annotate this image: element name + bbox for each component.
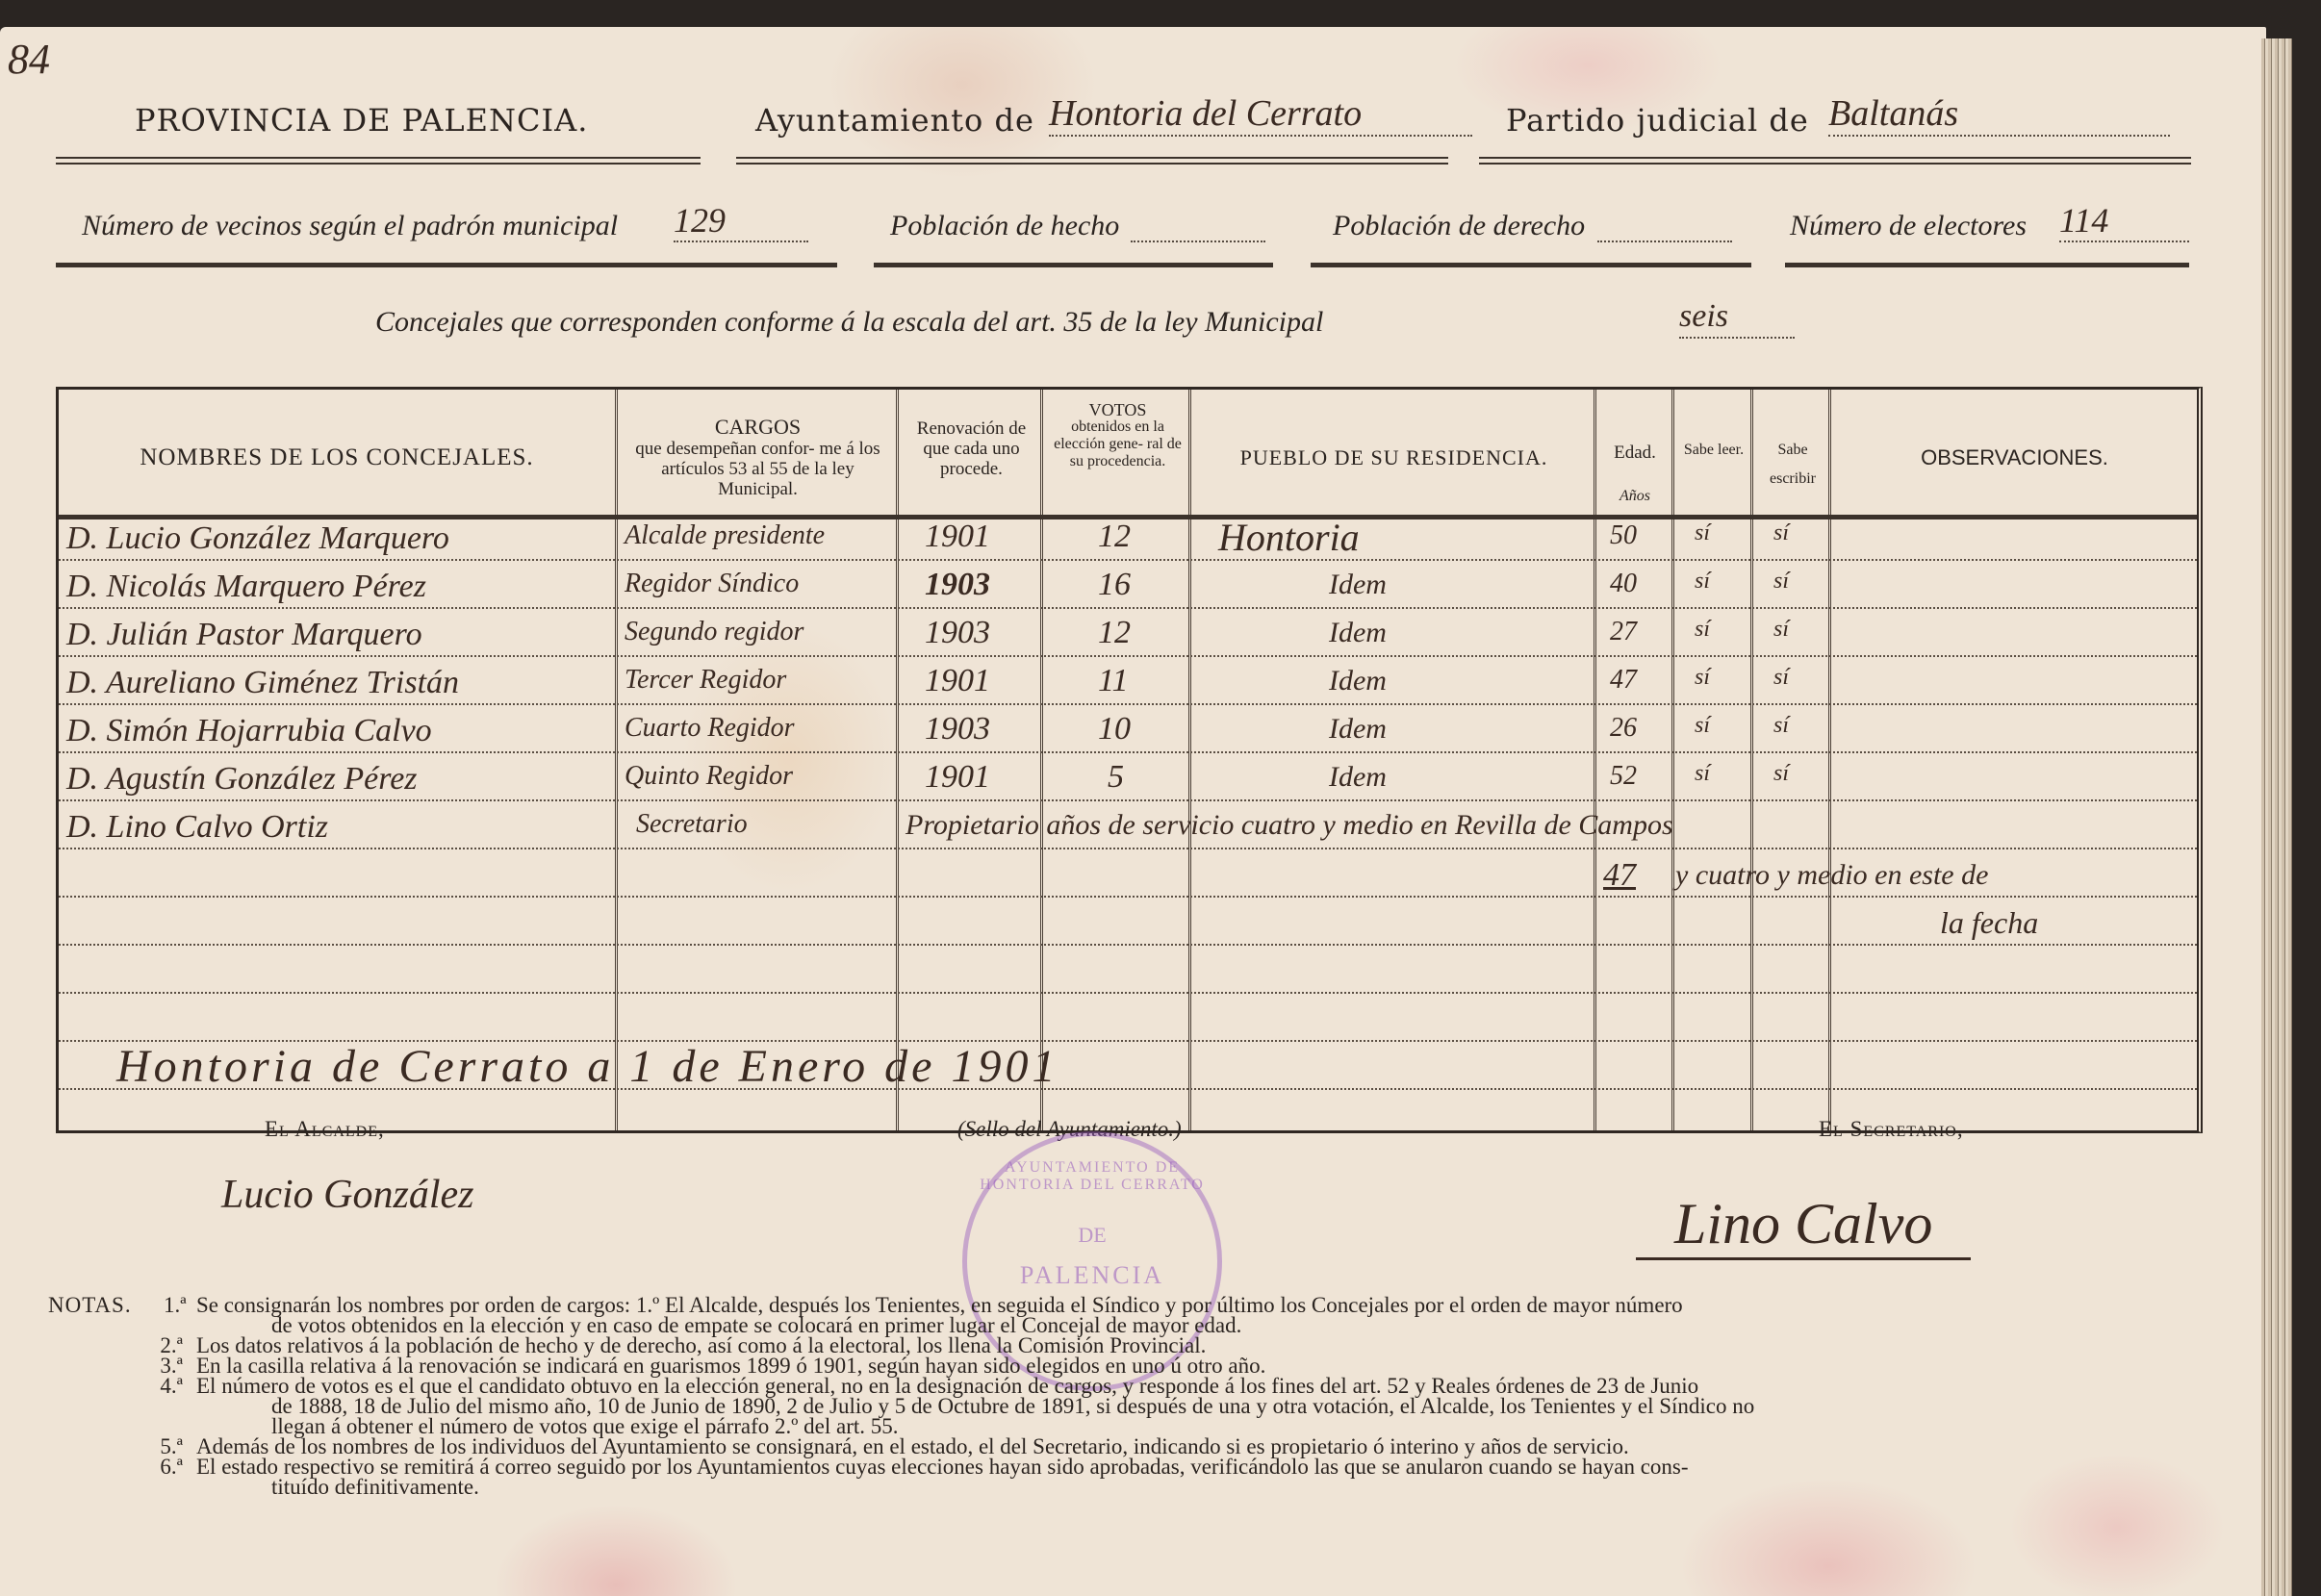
header-renovacion: Renovación de que cada uno procede. xyxy=(903,418,1040,479)
cell-escribir: sí xyxy=(1773,617,1789,643)
header-votos-title: VOTOS xyxy=(1047,401,1188,418)
secretario-signature: Lino Calvo xyxy=(1636,1191,1971,1260)
cell-votos: 16 xyxy=(1098,567,1131,603)
cell-cargo: Segundo regidor xyxy=(625,617,803,647)
rule xyxy=(1785,263,2189,267)
cell-votos: 10 xyxy=(1098,711,1131,747)
row-rule xyxy=(59,799,2197,801)
column-divider xyxy=(1671,390,1674,1130)
cell-cargo: Cuarto Regidor xyxy=(625,713,795,744)
note-item: 2.ª Los datos relativos á la población d… xyxy=(48,1335,2242,1355)
cell-renovacion: 1901 xyxy=(925,663,990,699)
rule xyxy=(736,157,1448,165)
cell-escribir: sí xyxy=(1773,761,1789,787)
alcalde-label: El Alcalde, xyxy=(265,1117,385,1142)
cell-secretary-cargo: Secretario xyxy=(636,809,748,840)
document-page: 84 PROVINCIA DE PALENCIA. Ayuntamiento d… xyxy=(0,27,2266,1596)
cell-pueblo: Idem xyxy=(1329,713,1387,746)
header-cargos-title: CARGOS xyxy=(620,417,896,437)
cell-leer: sí xyxy=(1695,617,1710,643)
row-rule xyxy=(59,751,2197,753)
cell-pueblo: Idem xyxy=(1329,761,1387,794)
ayuntamiento-label: Ayuntamiento de xyxy=(755,102,1034,139)
cell-edad: 47 xyxy=(1610,665,1637,696)
cell-nombre: D. Simón Hojarrubia Calvo xyxy=(66,713,432,749)
secretary-observation-line1: Propietario años de servicio cuatro y me… xyxy=(905,809,1673,842)
cell-edad: 50 xyxy=(1610,520,1637,551)
note-number: 5.ª xyxy=(48,1436,196,1457)
poblacion-derecho-label: Población de derecho xyxy=(1333,210,1585,242)
partido-value: Baltanás xyxy=(1828,92,2170,137)
header-pueblo: PUEBLO DE SU RESIDENCIA. xyxy=(1194,447,1594,468)
cell-cargo: Regidor Síndico xyxy=(625,569,799,599)
cell-secretary-edad: 47 xyxy=(1603,857,1636,894)
cell-escribir: sí xyxy=(1773,569,1789,595)
cell-votos: 11 xyxy=(1098,663,1128,699)
cell-renovacion: 1903 xyxy=(925,567,990,603)
secretary-observation-line3: la fecha xyxy=(1940,905,2038,941)
cell-nombre: D. Aureliano Giménez Tristán xyxy=(66,665,459,701)
stamp-text-mid: DE xyxy=(967,1223,1217,1248)
electores-label: Número de electores xyxy=(1790,210,2027,242)
rule xyxy=(1479,157,2191,165)
cell-cargo: Tercer Regidor xyxy=(625,665,786,696)
cell-nombre: D. Nicolás Marquero Pérez xyxy=(66,569,426,605)
cell-edad: 26 xyxy=(1610,713,1637,744)
concejales-value: seis xyxy=(1679,298,1795,339)
cell-renovacion: 1903 xyxy=(925,711,990,747)
note-number: 3.ª xyxy=(48,1355,196,1376)
cell-secretary-nombre: D. Lino Calvo Ortiz xyxy=(66,809,328,846)
note-text: Se consignarán los nombres por orden de … xyxy=(196,1295,1683,1315)
rule xyxy=(56,157,701,165)
rule xyxy=(874,263,1273,267)
row-rule xyxy=(59,944,2197,946)
cell-escribir: sí xyxy=(1773,713,1789,739)
electores-value: 114 xyxy=(2059,200,2189,242)
row-rule xyxy=(59,992,2197,994)
cell-nombre: D. Julián Pastor Marquero xyxy=(66,617,422,653)
vecinos-label: Número de vecinos según el padrón munici… xyxy=(82,210,618,242)
cell-escribir: sí xyxy=(1773,520,1789,546)
note-text-continued: de votos obtenidos en la elección y en c… xyxy=(48,1315,2242,1335)
header-observaciones: OBSERVACIONES. xyxy=(1834,447,2195,468)
cell-votos: 12 xyxy=(1098,615,1131,651)
cell-edad: 40 xyxy=(1610,569,1637,599)
row-rule xyxy=(59,848,2197,849)
rule xyxy=(1311,263,1751,267)
notes-section: NOTAS. 1.ª Se consignarán los nombres po… xyxy=(48,1295,2242,1497)
book-page-edges xyxy=(2261,38,2292,1596)
cell-nombre: D. Lucio González Marquero xyxy=(66,520,449,557)
cell-edad: 52 xyxy=(1610,761,1637,792)
secretary-observation-line2: y cuatro y medio en este de xyxy=(1675,859,1988,892)
cell-nombre: D. Agustín González Pérez xyxy=(66,761,418,798)
cell-edad: 27 xyxy=(1610,617,1637,647)
row-rule xyxy=(59,607,2197,609)
province-title: PROVINCIA DE PALENCIA. xyxy=(135,102,588,139)
poblacion-hecho-label: Población de hecho xyxy=(890,210,1119,242)
header-edad: Edad. xyxy=(1598,443,1671,463)
page-number: 84 xyxy=(8,35,50,84)
alcalde-signature: Lucio González xyxy=(221,1172,474,1218)
note-item: NOTAS. 1.ª Se consignarán los nombres po… xyxy=(48,1295,2242,1315)
note-text: Además de los nombres de los individuos … xyxy=(196,1436,1629,1457)
cell-renovacion: 1903 xyxy=(925,615,990,651)
note-number: 4.ª xyxy=(48,1376,196,1396)
note-text: El número de votos es el que el candidat… xyxy=(196,1376,1698,1396)
note-text-continued: tituído definitivamente. xyxy=(48,1477,2242,1497)
header-votos-sub: obtenidos en la elección gene- ral de su… xyxy=(1047,418,1188,470)
column-divider xyxy=(615,390,618,1130)
cell-renovacion: 1901 xyxy=(925,519,990,555)
note-number: 2.ª xyxy=(48,1335,196,1355)
column-divider xyxy=(1750,390,1753,1130)
note-text: El estado respectivo se remitirá á corre… xyxy=(196,1457,1689,1477)
row-rule xyxy=(59,896,2197,898)
row-rule xyxy=(59,559,2197,561)
cell-pueblo: Idem xyxy=(1329,569,1387,601)
header-sabe-escribir: Sabe escribir xyxy=(1756,436,1829,494)
cell-leer: sí xyxy=(1695,665,1710,691)
header-sabe-leer: Sabe leer. xyxy=(1677,436,1750,465)
note-text: Los datos relativos á la población de he… xyxy=(196,1335,1206,1355)
header-cargos-sub: que desempeñan confor- me á los artículo… xyxy=(620,439,896,499)
cell-renovacion: 1901 xyxy=(925,759,990,796)
notes-label: NOTAS. xyxy=(48,1295,164,1315)
column-divider xyxy=(1040,390,1043,1130)
cell-leer: sí xyxy=(1695,713,1710,739)
note-number: 6.ª xyxy=(48,1457,196,1477)
column-divider xyxy=(896,390,899,1130)
note-item: 4.ª El número de votos es el que el cand… xyxy=(48,1376,2242,1396)
cell-leer: sí xyxy=(1695,520,1710,546)
note-item: 3.ª En la casilla relativa á la renovaci… xyxy=(48,1355,2242,1376)
concejales-label: Concejales que corresponden conforme á l… xyxy=(375,306,1323,339)
note-text: En la casilla relativa á la renovación s… xyxy=(196,1355,1265,1376)
note-text-continued: de 1888, 18 de Julio del mismo año, 10 d… xyxy=(48,1396,2242,1416)
column-divider xyxy=(1828,390,1831,1130)
cell-cargo: Alcalde presidente xyxy=(625,520,825,551)
cell-pueblo: Idem xyxy=(1329,617,1387,649)
note-number: 1.ª xyxy=(164,1295,196,1315)
cell-votos: 12 xyxy=(1098,519,1131,555)
partido-label: Partido judicial de xyxy=(1506,102,1809,139)
rule xyxy=(56,263,837,267)
row-rule xyxy=(59,655,2197,657)
note-text-continued: llegan á obtener el número de votos que … xyxy=(48,1416,2242,1436)
poblacion-derecho-value xyxy=(1597,200,1732,242)
date-line: Hontoria de Cerrato a 1 de Enero de 1901 xyxy=(116,1040,1058,1093)
row-rule xyxy=(59,703,2197,705)
note-item: 6.ª El estado respectivo se remitirá á c… xyxy=(48,1457,2242,1477)
poblacion-hecho-value xyxy=(1131,200,1265,242)
cell-votos: 5 xyxy=(1108,759,1124,796)
cell-cargo: Quinto Regidor xyxy=(625,761,793,792)
concejales-table: NOMBRES DE LOS CONCEJALES. CARGOS que de… xyxy=(56,387,2203,1133)
column-divider xyxy=(1188,390,1191,1130)
cell-escribir: sí xyxy=(1773,665,1789,691)
cell-pueblo: Hontoria xyxy=(1218,515,1360,560)
header-nombres: NOMBRES DE LOS CONCEJALES. xyxy=(59,447,615,468)
ayuntamiento-value: Hontoria del Cerrato xyxy=(1049,92,1472,137)
cell-leer: sí xyxy=(1695,569,1710,595)
vecinos-value: 129 xyxy=(674,200,808,242)
stamp-text-bottom: PALENCIA xyxy=(967,1261,1217,1290)
cell-pueblo: Idem xyxy=(1329,665,1387,697)
column-divider xyxy=(1594,390,1596,1130)
cell-leer: sí xyxy=(1695,761,1710,787)
note-item: 5.ª Además de los nombres de los individ… xyxy=(48,1436,2242,1457)
header-edad-unit: Años xyxy=(1598,486,1671,506)
secretario-label: El Secretario, xyxy=(1819,1117,1964,1142)
stamp-text-top: AYUNTAMIENTO DE HONTORIA DEL CERRATO xyxy=(967,1159,1217,1194)
